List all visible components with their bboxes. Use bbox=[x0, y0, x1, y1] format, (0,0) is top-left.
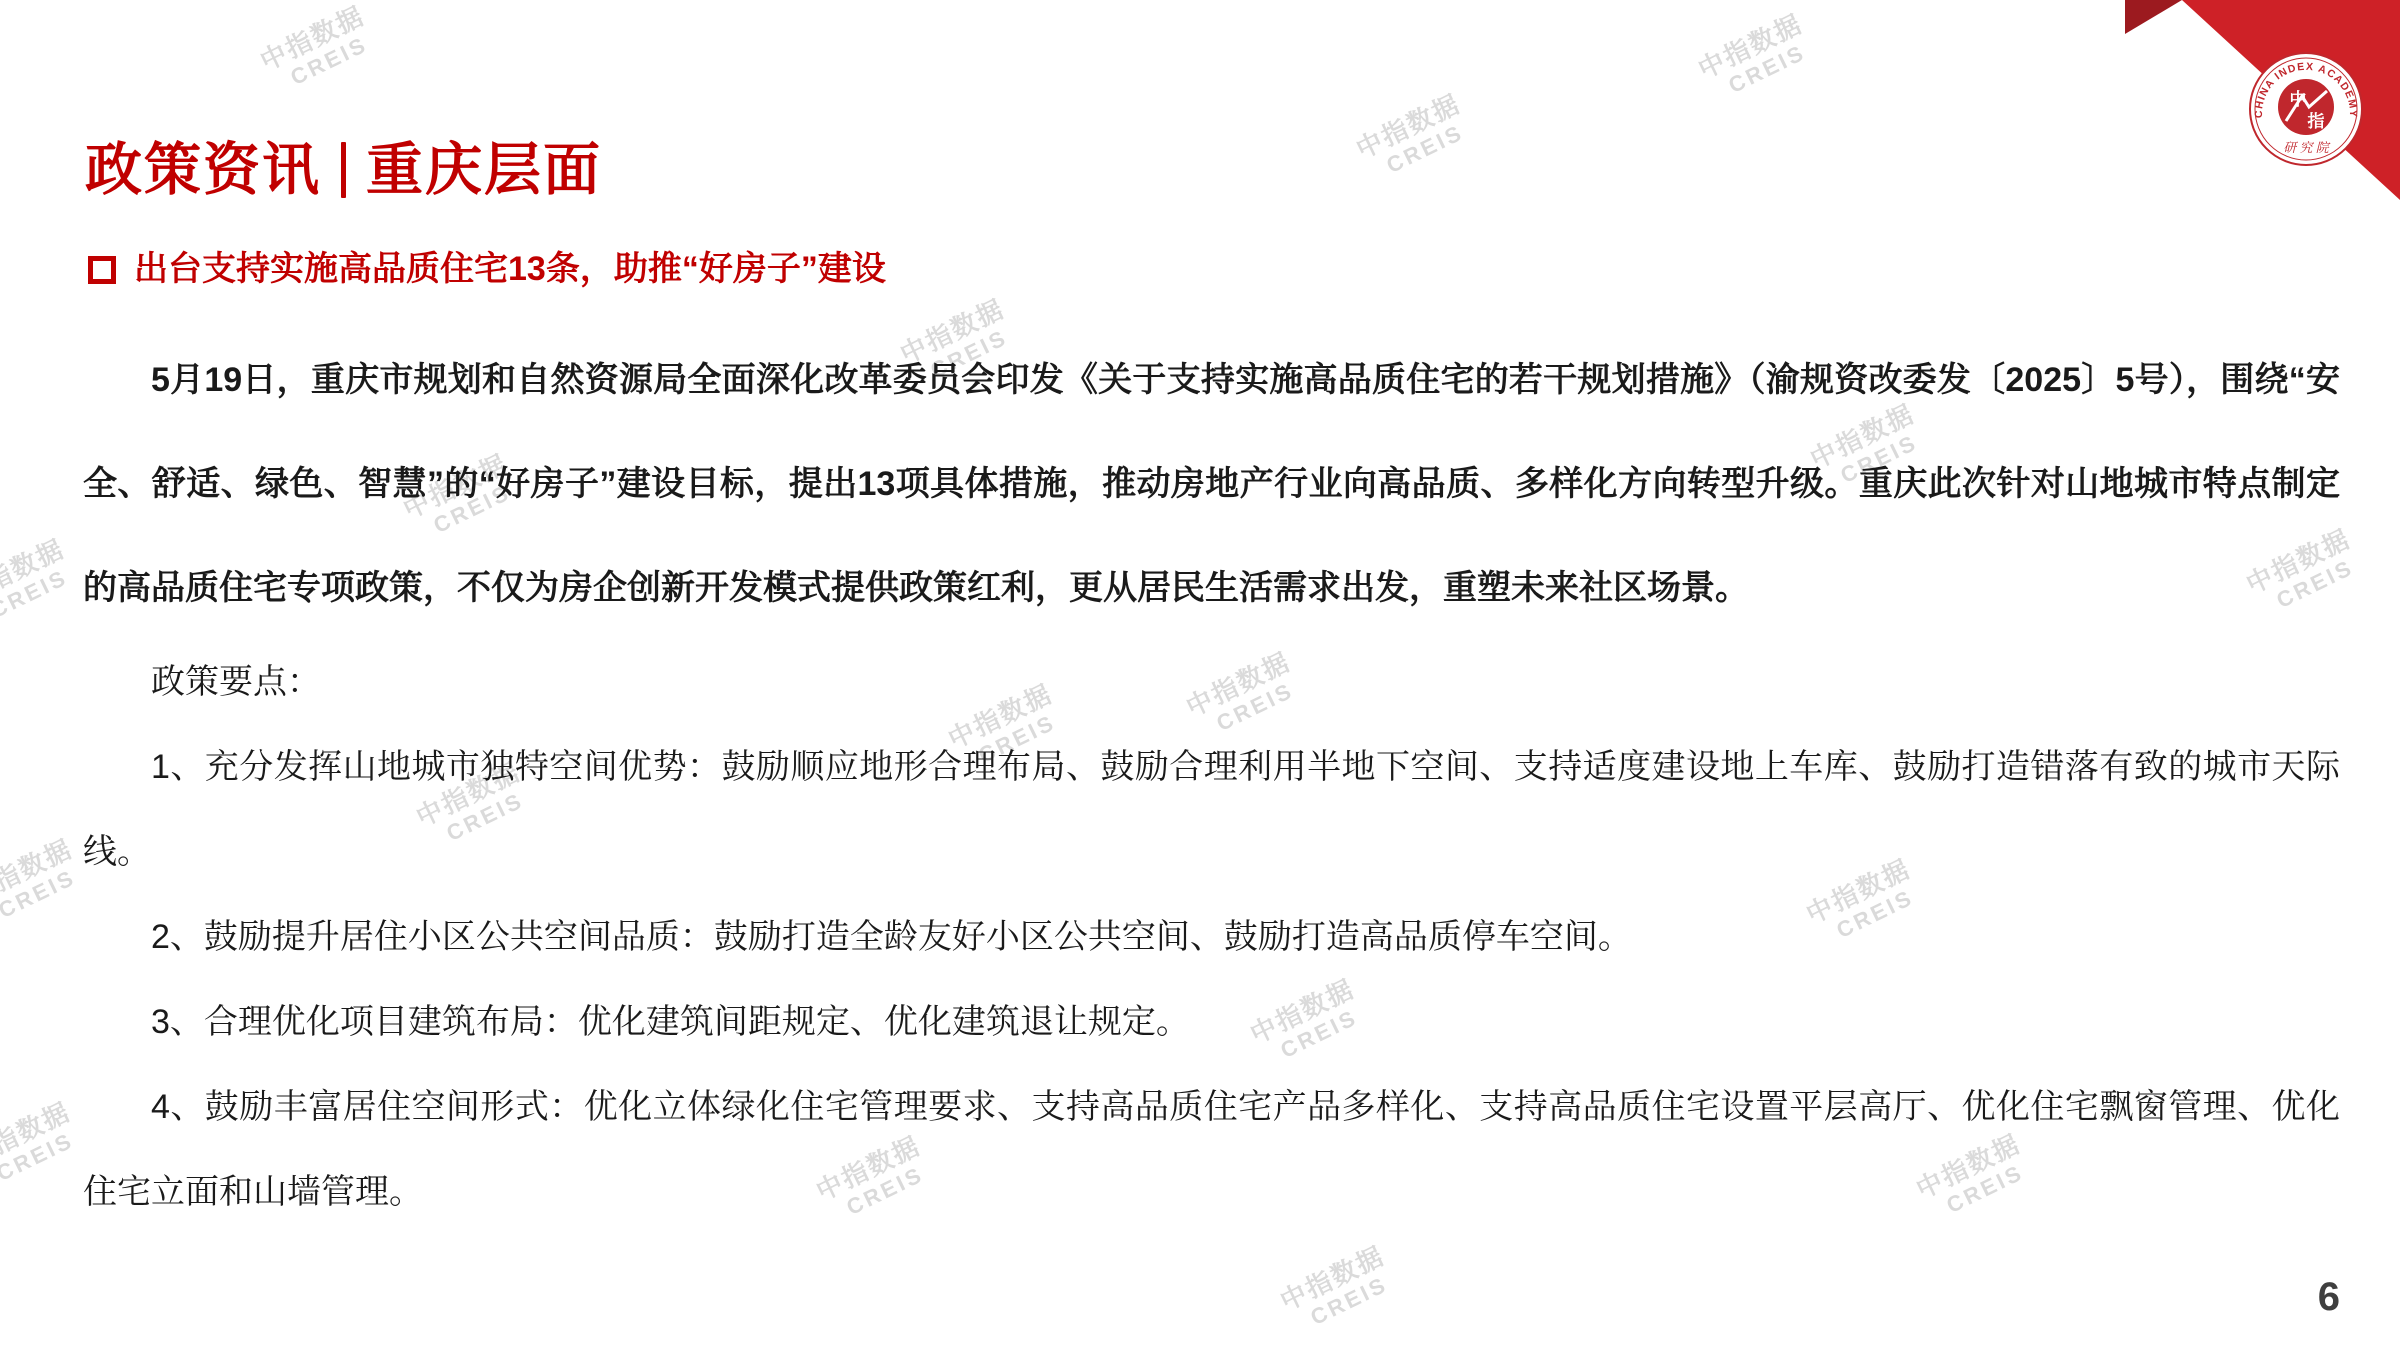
creis-watermark: 中指数据CREIS bbox=[0, 1096, 87, 1195]
creis-watermark: 中指数据CREIS bbox=[1693, 8, 1818, 107]
watermark-en-text: CREIS bbox=[1725, 35, 1819, 99]
slide: 中指数据CREIS中指数据CREIS中指数据CREIS中指数据CREIS中指数据… bbox=[0, 0, 2400, 1350]
svg-text:中: 中 bbox=[2290, 89, 2307, 109]
policy-point-3: 3、合理优化项目建筑布局：优化建筑间距规定、优化建筑退让规定。 bbox=[83, 980, 2340, 1065]
creis-watermark: 中指数据CREIS bbox=[1275, 1240, 1400, 1339]
watermark-en-text: CREIS bbox=[1307, 1267, 1401, 1331]
corner-small-triangle bbox=[2125, 0, 2182, 34]
policy-point-1: 1、充分发挥山地城市独特空间优势：鼓励顺应地形合理布局、鼓励合理利用半地下空间、… bbox=[83, 725, 2340, 895]
square-bullet-icon bbox=[88, 256, 116, 284]
watermark-cn-text: 中指数据 bbox=[1275, 1240, 1389, 1316]
watermark-cn-text: 中指数据 bbox=[0, 533, 69, 609]
watermark-en-text: CREIS bbox=[0, 560, 81, 624]
watermark-en-text: CREIS bbox=[0, 860, 89, 924]
subtitle-text: 出台支持实施高品质住宅13条，助推“好房子”建设 bbox=[134, 248, 886, 290]
title-region: 重庆层面 bbox=[366, 138, 602, 202]
creis-watermark: 中指数据CREIS bbox=[0, 533, 81, 632]
svg-text:指: 指 bbox=[2308, 111, 2325, 131]
creis-watermark: 中指数据CREIS bbox=[1351, 88, 1476, 187]
creis-watermark: 中指数据CREIS bbox=[0, 833, 89, 932]
intro-paragraph: 5月19日，重庆市规划和自然资源局全面深化改革委员会印发《关于支持实施高品质住宅… bbox=[83, 328, 2340, 640]
china-index-academy-logo-icon: CHINA INDEX ACADEMY 中 指 研 究 院 bbox=[2250, 53, 2362, 165]
watermark-en-text: CREIS bbox=[1383, 115, 1477, 179]
page-number: 6 bbox=[2318, 1275, 2340, 1320]
creis-watermark: 中指数据CREIS bbox=[255, 0, 380, 99]
watermark-cn-text: 中指数据 bbox=[1693, 8, 1807, 84]
watermark-cn-text: 中指数据 bbox=[0, 1096, 75, 1172]
corner-decoration: CHINA INDEX ACADEMY 中 指 研 究 院 bbox=[2100, 0, 2400, 240]
watermark-en-text: CREIS bbox=[287, 27, 381, 91]
subtitle-row: 出台支持实施高品质住宅13条，助推“好房子”建设 bbox=[88, 248, 2280, 290]
title-divider bbox=[341, 142, 346, 198]
policy-point-2: 2、鼓励提升居住小区公共空间品质：鼓励打造全龄友好小区公共空间、鼓励打造高品质停… bbox=[83, 895, 2340, 980]
points-label: 政策要点： bbox=[83, 640, 2340, 725]
policy-point-4: 4、鼓励丰富居住空间形式：优化立体绿化住宅管理要求、支持高品质住宅产品多样化、支… bbox=[83, 1065, 2340, 1235]
title-section: 政策资讯 bbox=[85, 138, 321, 202]
policy-points: 政策要点： 1、充分发挥山地城市独特空间优势：鼓励顺应地形合理布局、鼓励合理利用… bbox=[83, 640, 2340, 1235]
watermark-en-text: CREIS bbox=[0, 1123, 87, 1187]
page-title: 政策资讯 重庆层面 bbox=[85, 138, 602, 202]
watermark-cn-text: 中指数据 bbox=[0, 833, 77, 909]
watermark-cn-text: 中指数据 bbox=[1351, 88, 1465, 164]
svg-text:研 究 院: 研 究 院 bbox=[2283, 140, 2331, 155]
body-text: 5月19日，重庆市规划和自然资源局全面深化改革委员会印发《关于支持实施高品质住宅… bbox=[83, 328, 2340, 1235]
watermark-cn-text: 中指数据 bbox=[255, 0, 369, 76]
